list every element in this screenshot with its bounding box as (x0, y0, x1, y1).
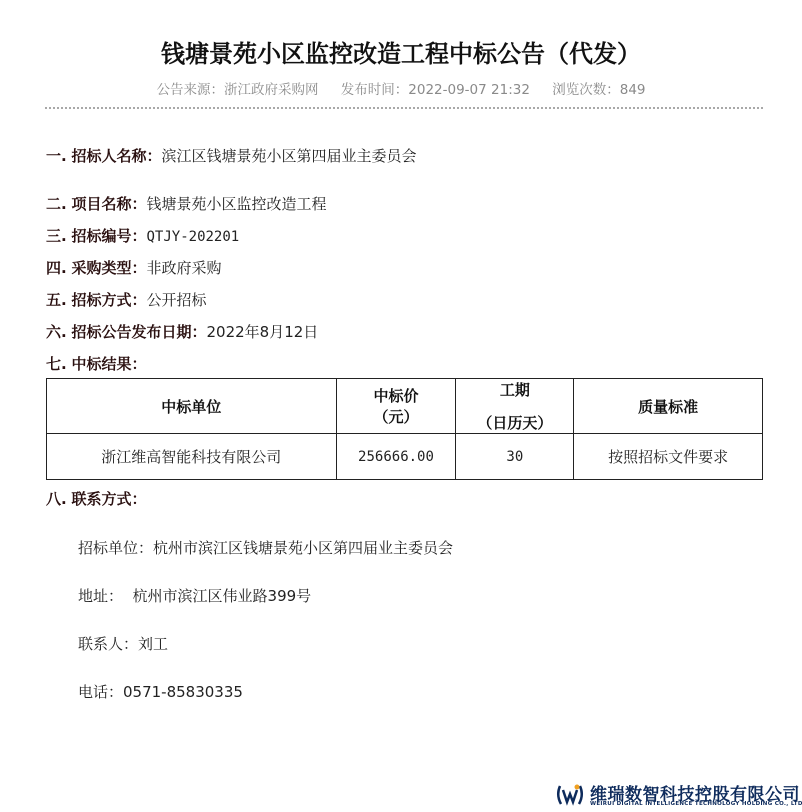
section-project-name: 二. 项目名称：钱塘景苑小区监控改造工程 (46, 193, 327, 214)
section-label: 采购类型： (71, 259, 146, 277)
section-procurement-type: 四. 采购类型：非政府采购 (46, 257, 222, 278)
section-label: 联系方式： (71, 490, 146, 508)
section-number: 七. (46, 355, 67, 373)
header-period: 工期 （日历天） (456, 379, 574, 434)
section-value: 2022年8月12日 (207, 323, 319, 341)
section-tender-method: 五. 招标方式：公开招标 (46, 289, 207, 310)
header-company: 中标单位 (47, 379, 337, 434)
section-number: 四. (46, 259, 67, 277)
section-number: 五. (46, 291, 67, 309)
section-number: 八. (46, 490, 67, 508)
table-row: 浙江维高智能科技有限公司 256666.00 30 按照招标文件要求 (47, 434, 763, 480)
source-label: 公告来源：浙江政府采购网 (156, 82, 318, 98)
section-number: 一. (46, 147, 67, 165)
view-count: 浏览次数：849 (552, 82, 645, 98)
section-label: 中标结果： (71, 355, 146, 373)
divider (45, 107, 763, 109)
cell-price: 256666.00 (336, 434, 456, 480)
cell-quality: 按照招标文件要求 (574, 434, 763, 480)
page-title: 钱塘景苑小区监控改造工程中标公告（代发） (0, 34, 802, 69)
contact-phone: 电话：0571-85830335 (78, 681, 243, 702)
header-price-line1: 中标价 (337, 385, 456, 406)
cell-company: 浙江维高智能科技有限公司 (47, 434, 337, 480)
contact-unit: 招标单位：杭州市滨江区钱塘景苑小区第四届业主委员会 (78, 537, 453, 558)
section-label: 项目名称： (71, 195, 146, 213)
section-value: QTJY-202201 (147, 229, 240, 245)
cell-period: 30 (456, 434, 574, 480)
table-header-row: 中标单位 中标价 （元） 工期 （日历天） 质量标准 (47, 379, 763, 434)
publish-time: 发布时间：2022-09-07 21:32 (341, 82, 530, 98)
section-contact: 八. 联系方式： (46, 488, 147, 509)
section-number: 三. (46, 227, 67, 245)
section-label: 招标方式： (71, 291, 146, 309)
section-value: 钱塘景苑小区监控改造工程 (147, 195, 327, 213)
section-label: 招标公告发布日期： (71, 323, 206, 341)
result-table: 中标单位 中标价 （元） 工期 （日历天） 质量标准 浙江维高智能科技有限公司 … (46, 378, 763, 480)
header-price: 中标价 （元） (336, 379, 456, 434)
section-tenderer: 一. 招标人名称：滨江区钱塘景苑小区第四届业主委员会 (46, 145, 417, 166)
contact-person: 联系人：刘工 (78, 633, 168, 654)
section-result: 七. 中标结果： (46, 353, 147, 374)
article-meta: 公告来源：浙江政府采购网 发布时间：2022-09-07 21:32 浏览次数：… (0, 78, 802, 98)
watermark-english-name: WEIRUI DIGITAL INTELLIGENCE TECHNOLOGY H… (590, 801, 802, 807)
section-value: 非政府采购 (147, 259, 222, 277)
section-publish-date: 六. 招标公告发布日期：2022年8月12日 (46, 321, 318, 342)
section-tender-number: 三. 招标编号：QTJY-202201 (46, 225, 239, 246)
section-label: 招标编号： (71, 227, 146, 245)
section-number: 六. (46, 323, 67, 341)
section-value: 滨江区钱塘景苑小区第四届业主委员会 (162, 147, 417, 165)
section-value: 公开招标 (147, 291, 207, 309)
company-logo-icon (556, 782, 584, 808)
company-watermark: 维瑞数智科技控股有限公司 WEIRUI DIGITAL INTELLIGENCE… (556, 780, 800, 810)
header-price-line2: （元） (337, 406, 456, 427)
section-number: 二. (46, 195, 67, 213)
header-period-line2: （日历天） (456, 412, 573, 433)
header-quality: 质量标准 (574, 379, 763, 434)
section-label: 招标人名称： (71, 147, 161, 165)
header-period-line1: 工期 (456, 379, 573, 400)
contact-address: 地址： 杭州市滨江区伟业路399号 (78, 585, 311, 606)
